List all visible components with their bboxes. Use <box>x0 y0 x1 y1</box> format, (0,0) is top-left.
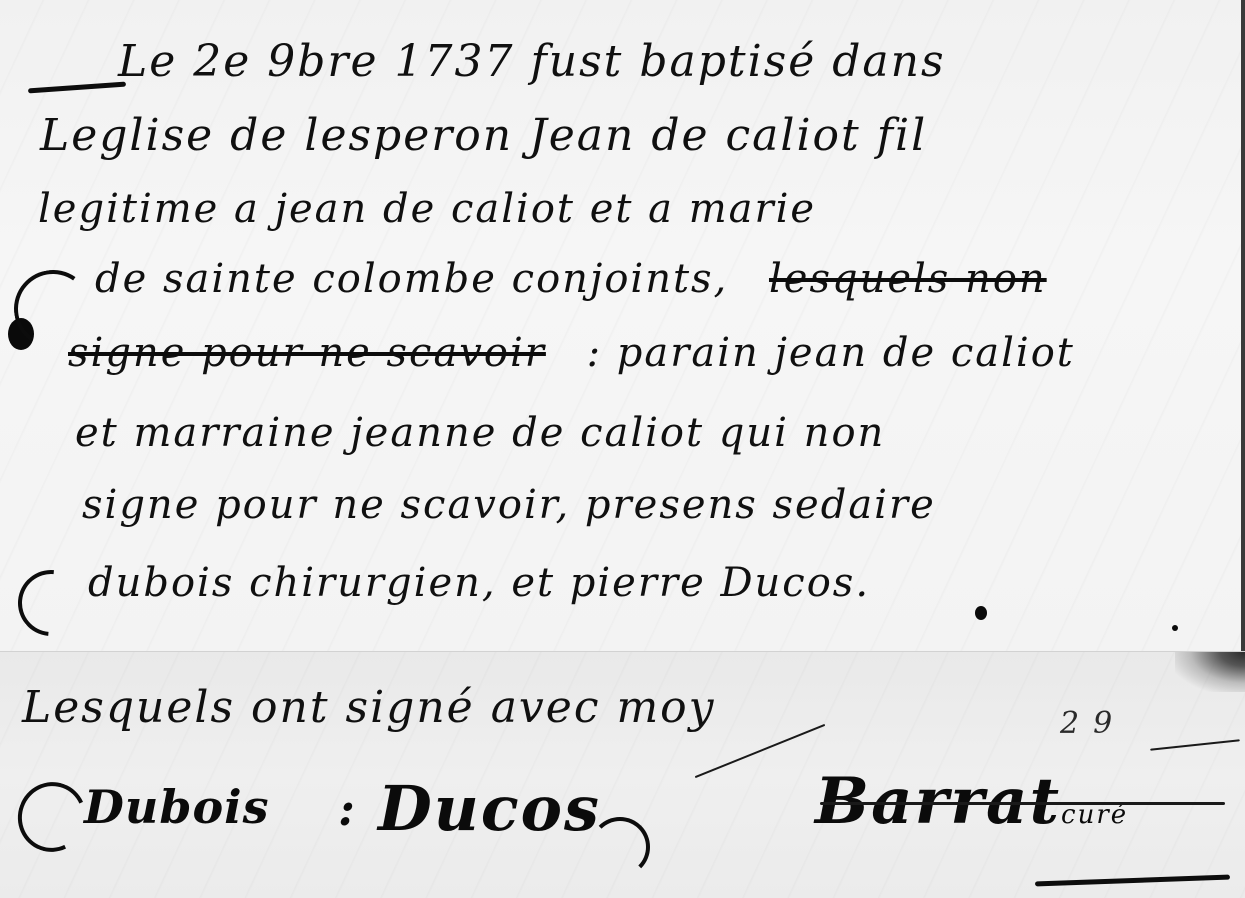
initial-l-flourish <box>28 82 126 94</box>
struck-text: signe pour ne scavoir <box>68 330 546 376</box>
entry-line-8: dubois chirurgien, et pierre Ducos. <box>88 560 870 606</box>
struck-text: lesquels non <box>769 256 1047 302</box>
signature-underline-lower <box>1035 875 1230 887</box>
closing-line: Lesquels ont signé avec moy <box>22 682 716 733</box>
entry-line-5: signe pour ne scavoir : parain jean de c… <box>68 330 1075 376</box>
entry-line-4-text: de sainte colombe conjoints, <box>95 256 728 302</box>
page-corner-shadow <box>1175 652 1245 692</box>
folio-number: 29 <box>1060 706 1126 741</box>
ducos-paraph <box>590 817 650 877</box>
entry-line-4: de sainte colombe conjoints, lesquels no… <box>95 256 1047 302</box>
signature-flourish <box>8 772 96 861</box>
ink-dot <box>975 606 987 620</box>
entry-line-3: legitime a jean de caliot et a marie <box>38 186 816 232</box>
folio-flourish <box>1150 739 1240 750</box>
signature-ducos: Ducos <box>378 772 601 845</box>
d-flourish <box>5 557 98 650</box>
signature-underline-upper <box>820 802 1225 805</box>
entry-line-1: Le 2e 9bre 1737 fust baptisé dans <box>118 36 946 87</box>
entry-line-5-text: : parain jean de caliot <box>587 330 1075 376</box>
bleed-through-texture <box>0 0 1245 651</box>
entry-line-6: et marraine jeanne de caliot qui non <box>75 410 885 456</box>
signature-separator: : <box>338 782 356 836</box>
signature-dubois: Dubois <box>84 780 270 834</box>
entry-line-7: signe pour ne scavoir, presens sedaire <box>82 482 936 528</box>
register-page-upper-scan: Le 2e 9bre 1737 fust baptisé dans Leglis… <box>0 0 1245 651</box>
register-page-lower-scan: Lesquels ont signé avec moy 29 Dubois : … <box>0 651 1245 898</box>
ink-dot <box>1172 625 1178 631</box>
entry-line-2: Leglise de lesperon Jean de caliot fil <box>40 110 927 161</box>
scan-edge <box>1241 0 1245 651</box>
